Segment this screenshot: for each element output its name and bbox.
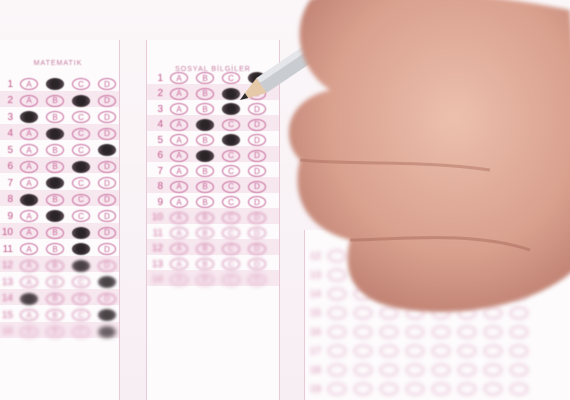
answer-bubble-c[interactable]: C — [222, 196, 240, 208]
answer-bubble-c[interactable]: C — [72, 227, 90, 239]
answer-bubble-a[interactable]: A — [170, 119, 188, 131]
answer-bubble-a[interactable]: A — [170, 196, 188, 208]
answer-bubble[interactable] — [510, 345, 528, 357]
answer-bubble-a[interactable]: A — [20, 260, 38, 272]
answer-bubble-b[interactable]: B — [46, 227, 64, 239]
question-number: 2 — [0, 95, 13, 106]
answer-bubble-c[interactable]: C — [222, 134, 240, 146]
answer-bubble[interactable] — [432, 364, 450, 376]
answer-bubble-b[interactable]: B — [196, 274, 214, 286]
question-number: 13 — [147, 259, 163, 270]
answer-bubble-d[interactable]: D — [98, 243, 116, 255]
answer-bubble-c[interactable]: C — [222, 119, 240, 131]
answer-bubble-b[interactable]: B — [196, 103, 214, 115]
question-number: 7 — [147, 166, 163, 177]
answer-row: 16ABCD — [0, 324, 120, 340]
answer-bubble-a[interactable]: A — [170, 88, 188, 100]
answer-row: 18 — [305, 362, 532, 378]
answer-bubble-c[interactable]: C — [222, 150, 240, 162]
answer-bubble-b[interactable]: B — [46, 243, 64, 255]
answer-bubble-d[interactable]: D — [248, 150, 266, 162]
answer-bubble-c[interactable]: C — [72, 293, 90, 305]
answer-bubble-c[interactable]: C — [222, 181, 240, 193]
answer-bubble-a[interactable]: A — [170, 103, 188, 115]
answer-bubble-a[interactable]: A — [20, 111, 38, 123]
answer-bubble-b[interactable]: B — [46, 309, 64, 321]
answer-bubble-a[interactable]: A — [170, 134, 188, 146]
answer-bubble-b[interactable]: B — [46, 78, 64, 90]
answer-bubble[interactable] — [380, 345, 398, 357]
question-number: 19 — [305, 384, 321, 395]
answer-row: 4ABCD — [0, 126, 120, 142]
question-number: 17 — [305, 346, 321, 357]
answer-bubble-d[interactable]: D — [98, 95, 116, 107]
answer-bubble-d[interactable]: D — [248, 119, 266, 131]
question-number: 10 — [147, 212, 163, 223]
answer-bubble-a[interactable]: A — [20, 210, 38, 222]
question-number: 10 — [0, 227, 13, 238]
question-number: 8 — [0, 194, 13, 205]
question-number: 12 — [0, 260, 13, 271]
answer-column-left: MATEMATIK 1ABCD2ABCD3ABCD4ABCD5ABCD6ABCD… — [0, 40, 120, 400]
answer-bubble[interactable] — [354, 383, 372, 395]
answer-bubble-d[interactable]: D — [248, 134, 266, 146]
answer-bubble-a[interactable]: A — [20, 128, 38, 140]
question-number: 7 — [0, 178, 13, 189]
answer-bubble[interactable] — [510, 364, 528, 376]
question-number: 11 — [0, 244, 13, 255]
question-number: 18 — [305, 365, 321, 376]
answer-bubble-b[interactable]: B — [196, 165, 214, 177]
answer-bubble-b[interactable]: B — [46, 177, 64, 189]
answer-bubble[interactable] — [432, 345, 450, 357]
answer-bubble-d[interactable]: D — [248, 181, 266, 193]
question-number: 13 — [0, 277, 13, 288]
answer-bubble-d[interactable]: D — [248, 165, 266, 177]
answer-bubble-c[interactable]: C — [72, 276, 90, 288]
answer-bubble[interactable] — [406, 364, 424, 376]
question-number: 6 — [147, 150, 163, 161]
answer-bubble-c[interactable]: C — [72, 210, 90, 222]
answer-bubble-b[interactable]: B — [196, 212, 214, 224]
answer-bubble-d[interactable]: D — [98, 326, 116, 338]
answer-bubble-b[interactable]: B — [46, 293, 64, 305]
question-number: 12 — [147, 243, 163, 254]
question-number: 4 — [0, 128, 13, 139]
answer-row: 10ABCD — [0, 225, 120, 241]
answer-row: 2ABCD — [0, 93, 120, 109]
answer-bubble-a[interactable]: A — [20, 293, 38, 305]
answer-bubble-c[interactable]: C — [72, 111, 90, 123]
hand — [270, 0, 570, 330]
answer-bubble[interactable] — [380, 383, 398, 395]
answer-bubble-c[interactable]: C — [72, 194, 90, 206]
answer-bubble-c[interactable]: C — [222, 227, 240, 239]
answer-bubble-a[interactable]: A — [170, 243, 188, 255]
answer-bubble-d[interactable]: D — [248, 274, 266, 286]
answer-bubble-d[interactable]: D — [248, 243, 266, 255]
answer-bubble-d[interactable]: D — [98, 194, 116, 206]
answer-bubble-b[interactable]: B — [46, 194, 64, 206]
answer-bubble[interactable] — [354, 345, 372, 357]
answer-bubble-d[interactable]: D — [98, 144, 116, 156]
answer-bubble-b[interactable]: B — [196, 119, 214, 131]
answer-bubble[interactable] — [328, 364, 346, 376]
answer-bubble-a[interactable]: A — [170, 212, 188, 224]
question-number: 14 — [147, 274, 163, 285]
answer-bubble[interactable] — [328, 383, 346, 395]
question-number: 6 — [0, 161, 13, 172]
answer-row: 8ABCD — [0, 192, 120, 208]
answer-bubble-c[interactable]: C — [222, 103, 240, 115]
answer-bubble-b[interactable]: B — [46, 260, 64, 272]
question-number: 3 — [147, 104, 163, 115]
answer-bubble-a[interactable]: A — [20, 78, 38, 90]
answer-bubble-a[interactable]: A — [20, 95, 38, 107]
answer-bubble-c[interactable]: C — [222, 72, 240, 84]
answer-row: 6ABCD — [0, 159, 120, 175]
answer-bubble-a[interactable]: A — [20, 309, 38, 321]
answer-bubble-d[interactable]: D — [98, 309, 116, 321]
answer-bubble-d[interactable]: D — [98, 128, 116, 140]
answer-bubble-d[interactable]: D — [248, 258, 266, 270]
answer-bubble-b[interactable]: B — [196, 134, 214, 146]
answer-bubble-b[interactable]: B — [46, 95, 64, 107]
answer-bubble-a[interactable]: A — [20, 326, 38, 338]
answer-bubble-b[interactable]: B — [196, 258, 214, 270]
answer-bubble-c[interactable]: C — [222, 165, 240, 177]
answer-bubble-b[interactable]: B — [196, 72, 214, 84]
answer-row: 10ABCD — [147, 210, 270, 226]
answer-bubble-d[interactable]: D — [248, 212, 266, 224]
answer-bubble-c[interactable]: C — [72, 78, 90, 90]
answer-bubble-d[interactable]: D — [98, 276, 116, 288]
answer-bubble-b[interactable]: B — [46, 144, 64, 156]
question-number: 11 — [147, 228, 163, 239]
answer-bubble-c[interactable]: C — [222, 212, 240, 224]
answer-bubble-d[interactable]: D — [98, 111, 116, 123]
answer-bubble-a[interactable]: A — [20, 276, 38, 288]
answer-row: 4ABCD — [147, 117, 270, 133]
answer-bubble[interactable] — [510, 383, 528, 395]
answer-bubble-a[interactable]: A — [20, 227, 38, 239]
question-number: 15 — [0, 310, 13, 321]
answer-bubble-b[interactable]: B — [196, 196, 214, 208]
answer-bubble[interactable] — [354, 364, 372, 376]
question-number: 5 — [147, 135, 163, 146]
answer-bubble-b[interactable]: B — [196, 150, 214, 162]
answer-bubble-c[interactable]: C — [72, 309, 90, 321]
answer-bubble-b[interactable]: B — [196, 227, 214, 239]
answer-bubble[interactable] — [406, 383, 424, 395]
answer-bubble[interactable] — [484, 383, 502, 395]
answer-bubble-a[interactable]: A — [20, 144, 38, 156]
answer-bubble-a[interactable]: A — [170, 258, 188, 270]
answer-bubble-b[interactable]: B — [196, 88, 214, 100]
answer-bubble-a[interactable]: A — [20, 243, 38, 255]
answer-row: 12ABCD — [0, 258, 120, 274]
answer-bubble-a[interactable]: A — [170, 227, 188, 239]
answer-bubble-b[interactable]: B — [196, 243, 214, 255]
answer-bubble-c[interactable]: C — [222, 274, 240, 286]
answer-bubble-a[interactable]: A — [170, 165, 188, 177]
answer-bubble-c[interactable]: C — [72, 128, 90, 140]
answer-bubble-a[interactable]: A — [170, 150, 188, 162]
question-number: 8 — [147, 181, 163, 192]
question-number: 5 — [0, 145, 13, 156]
question-number: 9 — [147, 197, 163, 208]
answer-bubble[interactable] — [458, 383, 476, 395]
answer-row: 14ABCD — [147, 272, 270, 288]
answer-bubble-c[interactable]: C — [72, 260, 90, 272]
answer-row: 6ABCD — [147, 148, 270, 164]
question-number: 4 — [147, 119, 163, 130]
answer-bubble-d[interactable]: D — [98, 78, 116, 90]
answer-row: 19 — [305, 381, 532, 397]
answer-bubble-c[interactable]: C — [72, 95, 90, 107]
answer-bubble[interactable] — [380, 364, 398, 376]
answer-row: 17 — [305, 343, 532, 359]
answer-bubble-d[interactable]: D — [248, 227, 266, 239]
question-number: 9 — [0, 211, 13, 222]
answer-bubble[interactable] — [484, 364, 502, 376]
question-number: 2 — [147, 88, 163, 99]
answer-bubble-d[interactable]: D — [98, 227, 116, 239]
answer-bubble[interactable] — [432, 383, 450, 395]
question-number: 14 — [0, 293, 13, 304]
answer-bubble-d[interactable]: D — [98, 210, 116, 222]
answer-bubble-b[interactable]: B — [46, 161, 64, 173]
question-number: 16 — [0, 326, 13, 337]
answer-bubble-c[interactable]: C — [222, 243, 240, 255]
question-number: 1 — [0, 79, 13, 90]
answer-bubble[interactable] — [406, 345, 424, 357]
answer-bubble-d[interactable]: D — [98, 177, 116, 189]
answer-bubble-c[interactable]: C — [72, 243, 90, 255]
answer-bubble-c[interactable]: C — [72, 161, 90, 173]
answer-bubble-b[interactable]: B — [46, 210, 64, 222]
answer-bubble-a[interactable]: A — [170, 72, 188, 84]
answer-bubble-d[interactable]: D — [98, 260, 116, 272]
answer-bubble-a[interactable]: A — [170, 274, 188, 286]
answer-bubble[interactable] — [328, 345, 346, 357]
answer-bubble-a[interactable]: A — [20, 161, 38, 173]
answer-bubble-a[interactable]: A — [20, 177, 38, 189]
answer-bubble-b[interactable]: B — [46, 111, 64, 123]
answer-bubble-b[interactable]: B — [196, 181, 214, 193]
answer-bubble[interactable] — [484, 345, 502, 357]
question-number: 3 — [0, 112, 13, 123]
answer-row: 14ABCD — [0, 291, 120, 307]
answer-bubble-c[interactable]: C — [72, 177, 90, 189]
answer-bubble-a[interactable]: A — [20, 194, 38, 206]
answer-bubble[interactable] — [458, 364, 476, 376]
answer-bubble-c[interactable]: C — [222, 258, 240, 270]
answer-bubble-c[interactable]: C — [72, 144, 90, 156]
answer-bubble[interactable] — [458, 345, 476, 357]
answer-bubble-a[interactable]: A — [170, 181, 188, 193]
answer-row: 8ABCD — [147, 179, 270, 195]
answer-bubble-b[interactable]: B — [46, 326, 64, 338]
answer-bubble-c[interactable]: C — [72, 326, 90, 338]
answer-bubble-b[interactable]: B — [46, 128, 64, 140]
answer-bubble-b[interactable]: B — [46, 276, 64, 288]
answer-row: 12ABCD — [147, 241, 270, 257]
column-title: MATEMATIK — [0, 60, 119, 67]
answer-bubble-d[interactable]: D — [98, 293, 116, 305]
answer-bubble-d[interactable]: D — [248, 196, 266, 208]
question-number: 1 — [147, 73, 163, 84]
answer-bubble-d[interactable]: D — [98, 161, 116, 173]
